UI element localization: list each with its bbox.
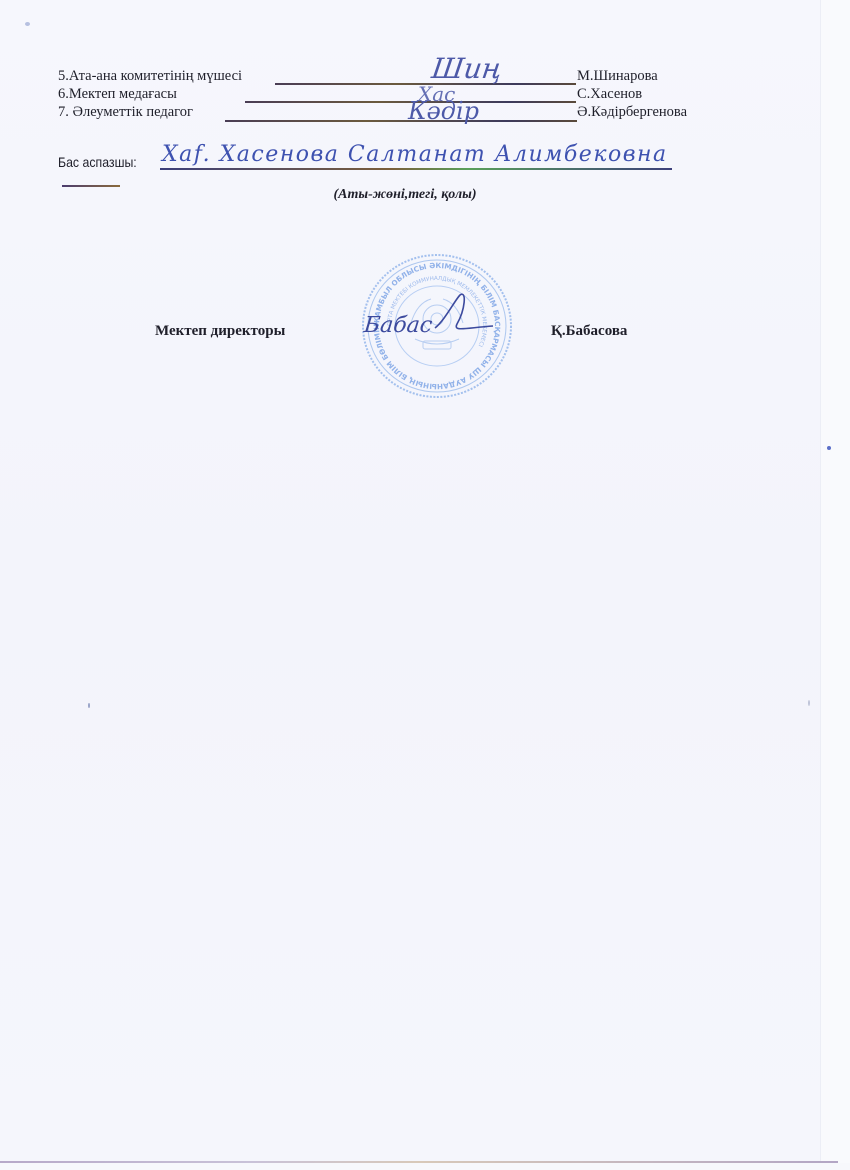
scan-speck — [88, 703, 90, 708]
handwritten-signature: Шиң — [430, 52, 505, 85]
signature-caption: (Аты-жөні,тегі, қолы) — [0, 187, 815, 203]
director-signature-flourish-icon — [415, 290, 495, 335]
director-title: Мектеп директоры — [155, 323, 285, 340]
head-cook-label: Бас аспазшы: — [58, 154, 137, 170]
member-role-label: 5.Ата-ана комитетінің мүшесі — [58, 68, 242, 84]
signature-line — [225, 120, 577, 122]
scan-speck — [808, 700, 810, 706]
member-name: Ә.Кәдірбергенова — [577, 104, 687, 120]
member-role-label: 6.Мектеп медағасы — [58, 86, 177, 102]
scanned-page — [0, 0, 820, 1162]
handwritten-signature: Кәдір — [408, 97, 479, 125]
director-name: Қ.Бабасова — [551, 323, 627, 340]
head-cook-signature-line — [160, 168, 672, 170]
scan-speck — [827, 446, 831, 450]
member-name: С.Хасенов — [577, 86, 642, 102]
scan-margin-right — [820, 0, 850, 1170]
scan-margin-bottom — [0, 1163, 850, 1170]
member-name: М.Шинарова — [577, 68, 658, 84]
head-cook-handwritten-name: Хаf. Хасенова Салтанат Алимбековна — [162, 142, 668, 167]
scan-speck — [25, 22, 30, 26]
member-role-label: 7. Әлеуметтік педагог — [58, 104, 193, 120]
